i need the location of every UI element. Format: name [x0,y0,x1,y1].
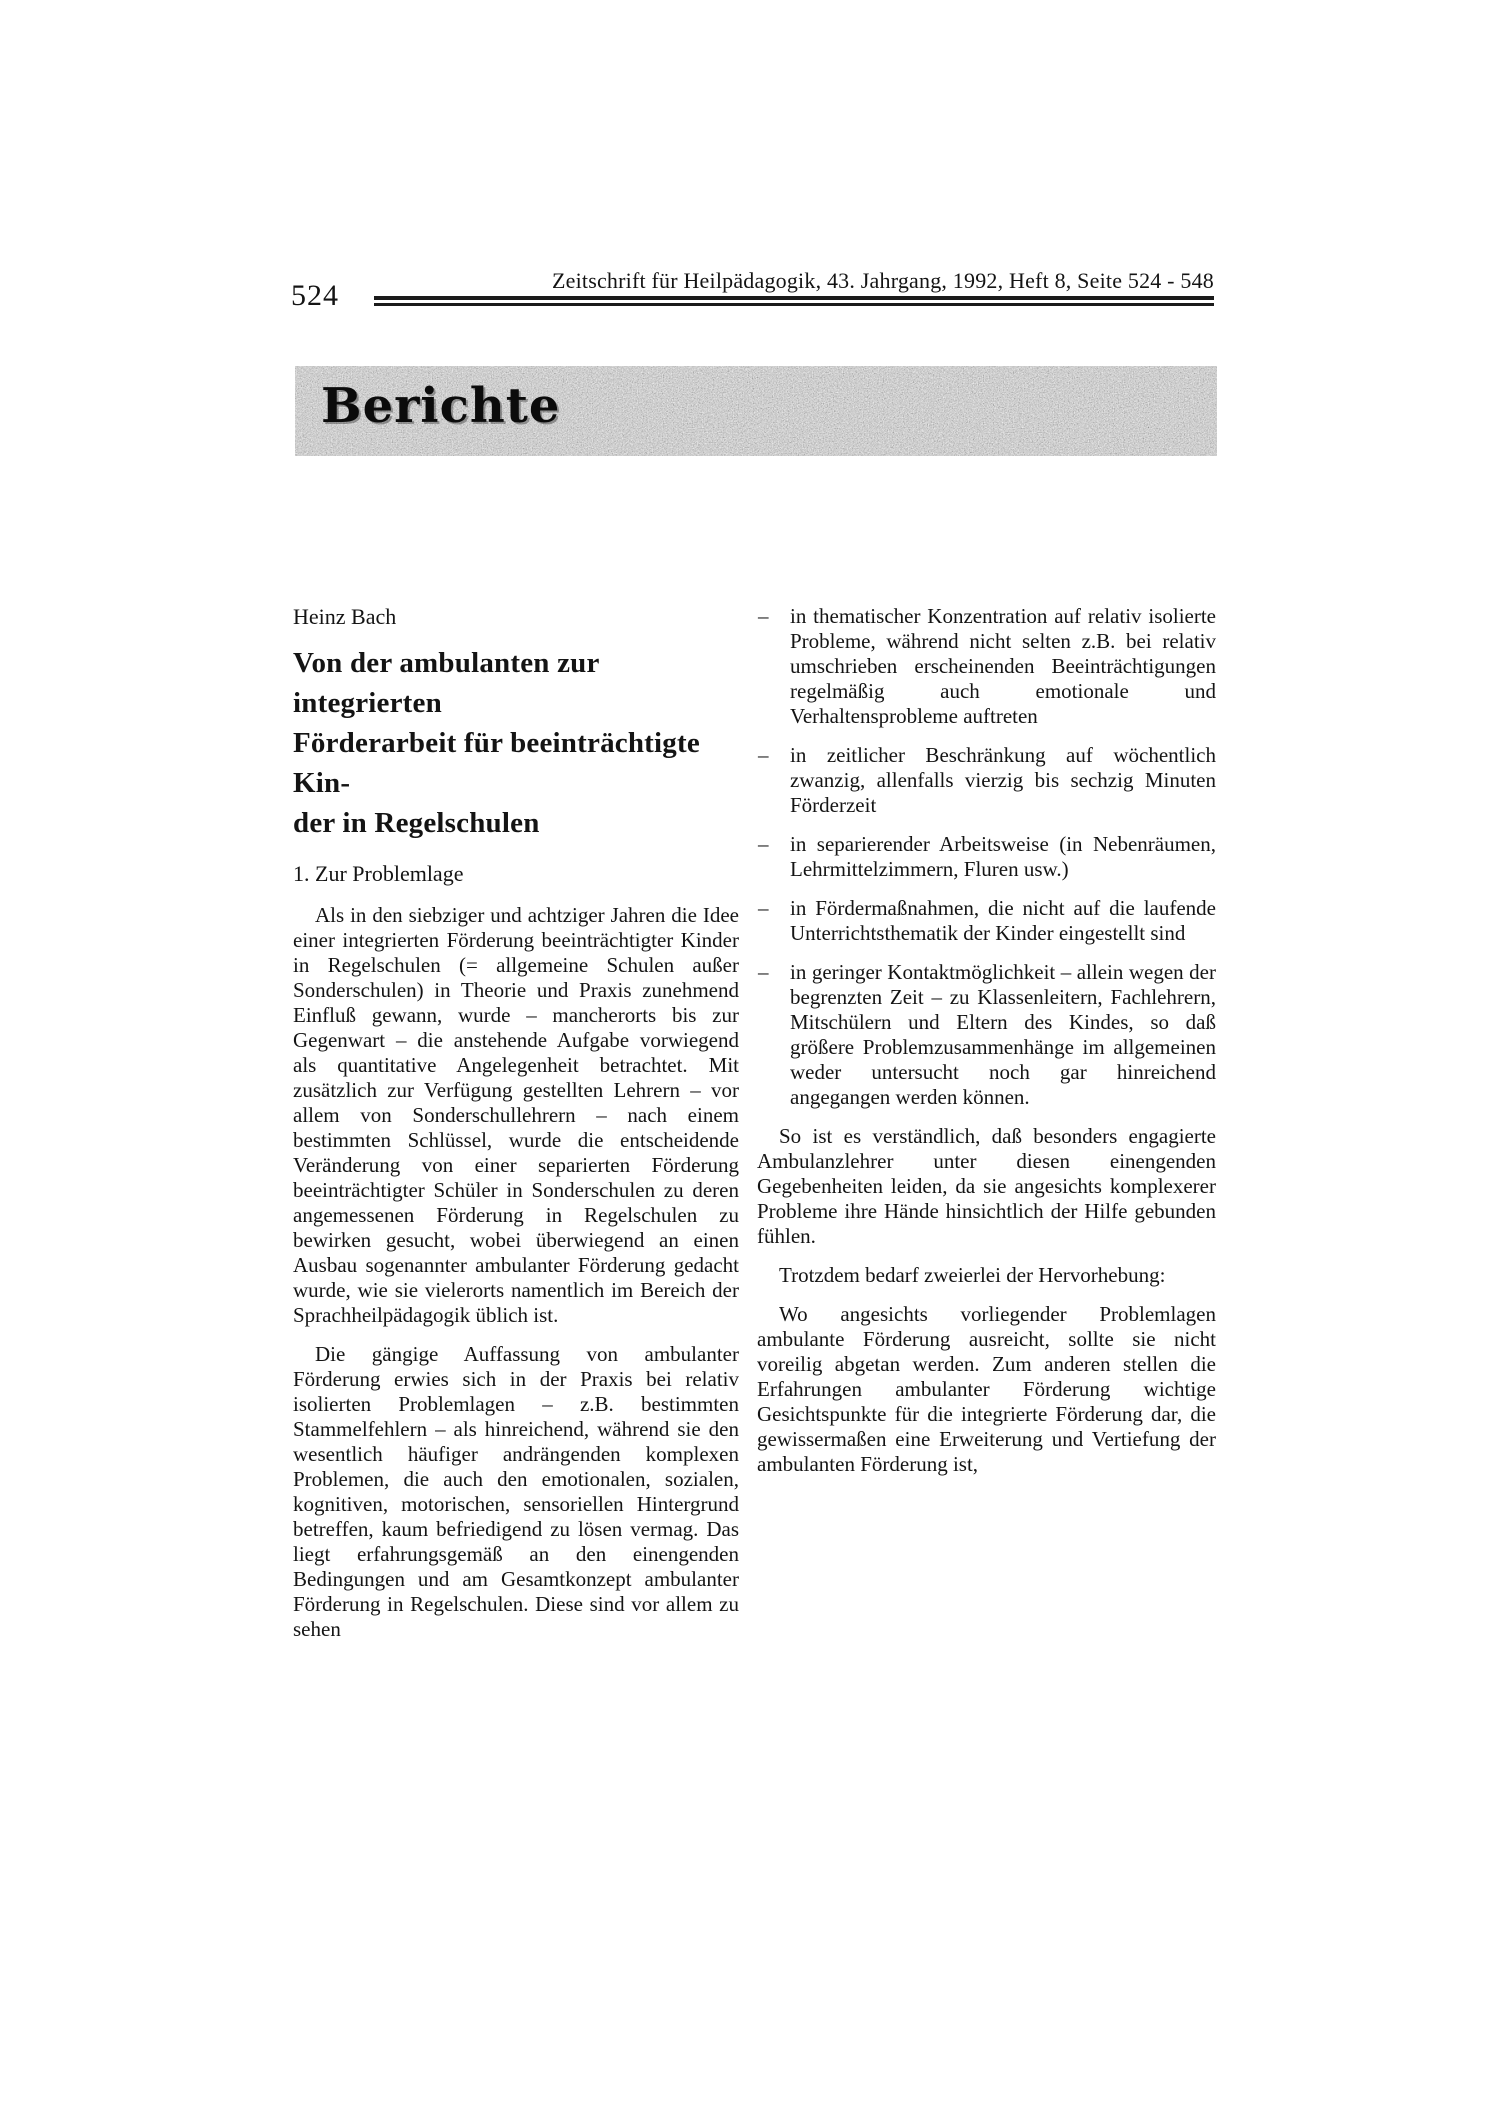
paragraph: Als in den siebziger und achtziger Jahre… [293,903,739,1328]
bullet-text: in separierender Arbeitsweise (in Nebenr… [790,832,1216,881]
left-column: Heinz Bach Von der ambulanten zur integr… [293,604,739,1642]
section-banner: Berichte [295,366,1217,456]
bullet-dash: – [758,743,769,768]
bullet-item: – in zeitlicher Beschränkung auf wöchent… [757,743,1216,818]
journal-citation: Zeitschrift für Heilpädagogik, 43. Jahrg… [0,268,1214,294]
bullet-item: – in separierender Arbeitsweise (in Nebe… [757,832,1216,882]
article-title-line: Förderarbeit für beeinträchtigte Kin- [293,723,739,803]
header-rule [374,296,1214,306]
section-heading-problemlage: 1. Zur Problemlage [293,861,739,887]
bullet-text: in zeitlicher Beschränkung auf wöchentli… [790,743,1216,817]
bullet-text: in thematischer Konzentration auf relati… [790,604,1216,728]
bullet-item: – in Fördermaßnahmen, die nicht auf die … [757,896,1216,946]
bullet-text: in geringer Kontaktmöglichkeit – allein … [790,960,1216,1109]
bullet-dash: – [758,832,769,857]
bullet-dash: – [758,604,769,629]
article-title-line: Von der ambulanten zur integrierten [293,643,739,723]
paragraph: So ist es verständlich, daß besonders en… [757,1124,1216,1249]
paragraph: Trotzdem bedarf zweierlei der Hervorhebu… [757,1263,1216,1288]
article-title: Von der ambulanten zur integrierten Förd… [293,643,739,843]
banner-title: Berichte [321,378,560,434]
bullet-dash: – [758,896,769,921]
bullet-item: – in geringer Kontaktmöglichkeit – allei… [757,960,1216,1110]
article-author: Heinz Bach [293,604,739,629]
article-title-line: der in Regelschulen [293,803,739,843]
journal-page: 524 Zeitschrift für Heilpädagogik, 43. J… [0,0,1488,2105]
bullet-dash: – [758,960,769,985]
paragraph: Wo angesichts vorliegender Problemlagen … [757,1302,1216,1477]
bullet-item: – in thematischer Konzentration auf rela… [757,604,1216,729]
right-column: – in thematischer Konzentration auf rela… [757,604,1216,1477]
paragraph: Die gängige Auffassung von ambulanter Fö… [293,1342,739,1642]
bullet-text: in Fördermaßnahmen, die nicht auf die la… [790,896,1216,945]
